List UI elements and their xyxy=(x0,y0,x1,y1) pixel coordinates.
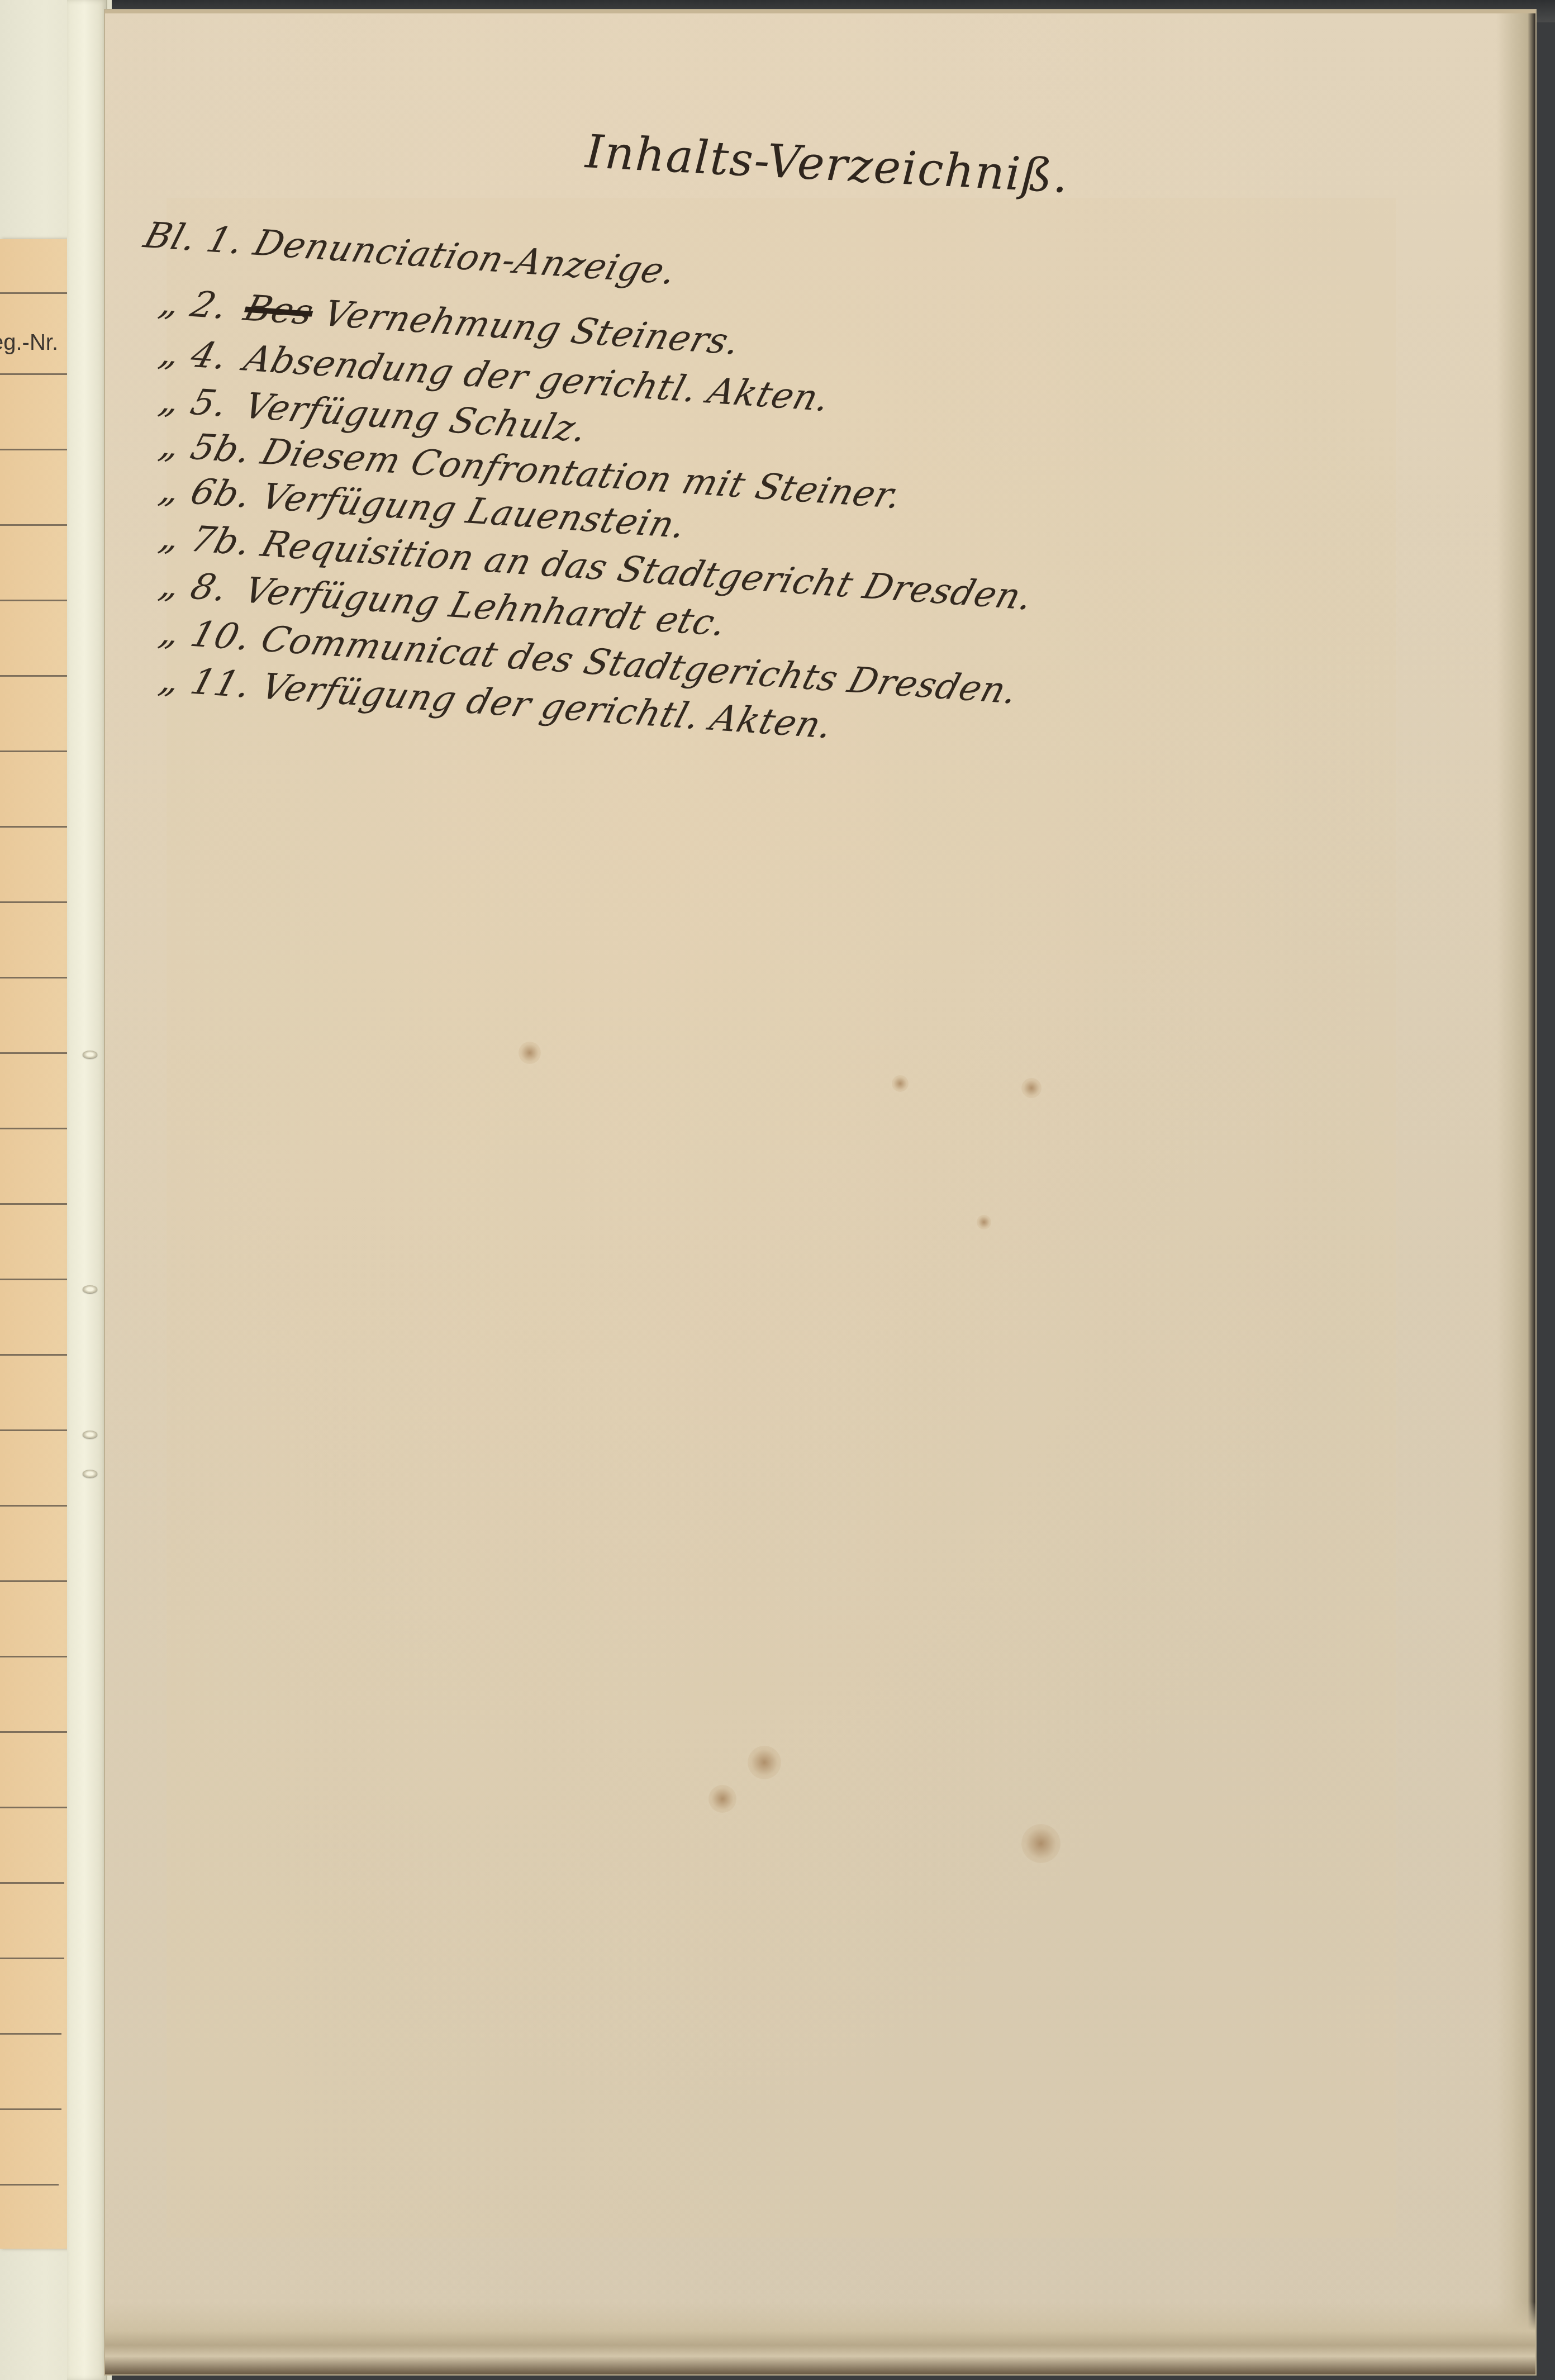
entry-folio-number: „ 5. xyxy=(155,380,240,426)
label-ruled-line xyxy=(0,1807,67,1808)
label-ruled-line xyxy=(0,1429,73,1431)
binding-stitch xyxy=(83,1285,97,1293)
binding-stitch xyxy=(83,1051,97,1058)
entry-folio-number: „ 2. xyxy=(155,282,240,328)
label-ruled-line xyxy=(0,1656,70,1657)
entry-folio-number: „ 7b. xyxy=(155,517,256,564)
binding-stitch xyxy=(83,1431,97,1438)
entry-folio-number: „ 11. xyxy=(155,659,256,706)
label-ruled-line xyxy=(0,1128,78,1129)
label-ruled-line xyxy=(0,2184,59,2186)
label-ruled-line xyxy=(0,2033,61,2035)
label-ruled-line xyxy=(0,1203,78,1205)
contents-entry: Bl. 1. Denunciation-Anzeige. xyxy=(140,215,682,293)
handwritten-contents: Inhalts-Verzeichniß. Bl. 1. Denunciation… xyxy=(105,13,1535,2374)
contents-title: Inhalts-Verzeichniß. xyxy=(584,125,1071,203)
entry-text: Denunciation-Anzeige. xyxy=(249,222,682,292)
label-ruled-line xyxy=(0,1731,67,1733)
entry-folio-number: „ 4. xyxy=(155,332,240,378)
entry-folio-number: „ 10. xyxy=(155,612,256,659)
label-ruled-line xyxy=(0,1882,64,1884)
entry-folio-number: „ 5b. xyxy=(155,425,256,472)
entry-folio-number: Bl. 1. xyxy=(140,215,249,263)
label-ruled-line xyxy=(0,1505,73,1507)
entry-folio-number: „ 8. xyxy=(155,564,240,610)
label-ruled-line xyxy=(0,1958,64,1959)
label-ruled-line xyxy=(0,1354,75,1356)
label-reg-nr: eg.-Nr. xyxy=(0,330,58,355)
struck-through-word: Bes xyxy=(240,288,318,333)
label-ruled-line xyxy=(0,2108,61,2110)
binding-spine xyxy=(67,0,107,2380)
binding-stitch xyxy=(83,1470,97,1478)
label-ruled-line xyxy=(0,1279,75,1280)
entry-folio-number: „ 6b. xyxy=(155,469,256,516)
manuscript-page: Inhalts-Verzeichniß. Bl. 1. Denunciation… xyxy=(105,10,1535,2374)
label-ruled-line xyxy=(0,1580,70,1582)
